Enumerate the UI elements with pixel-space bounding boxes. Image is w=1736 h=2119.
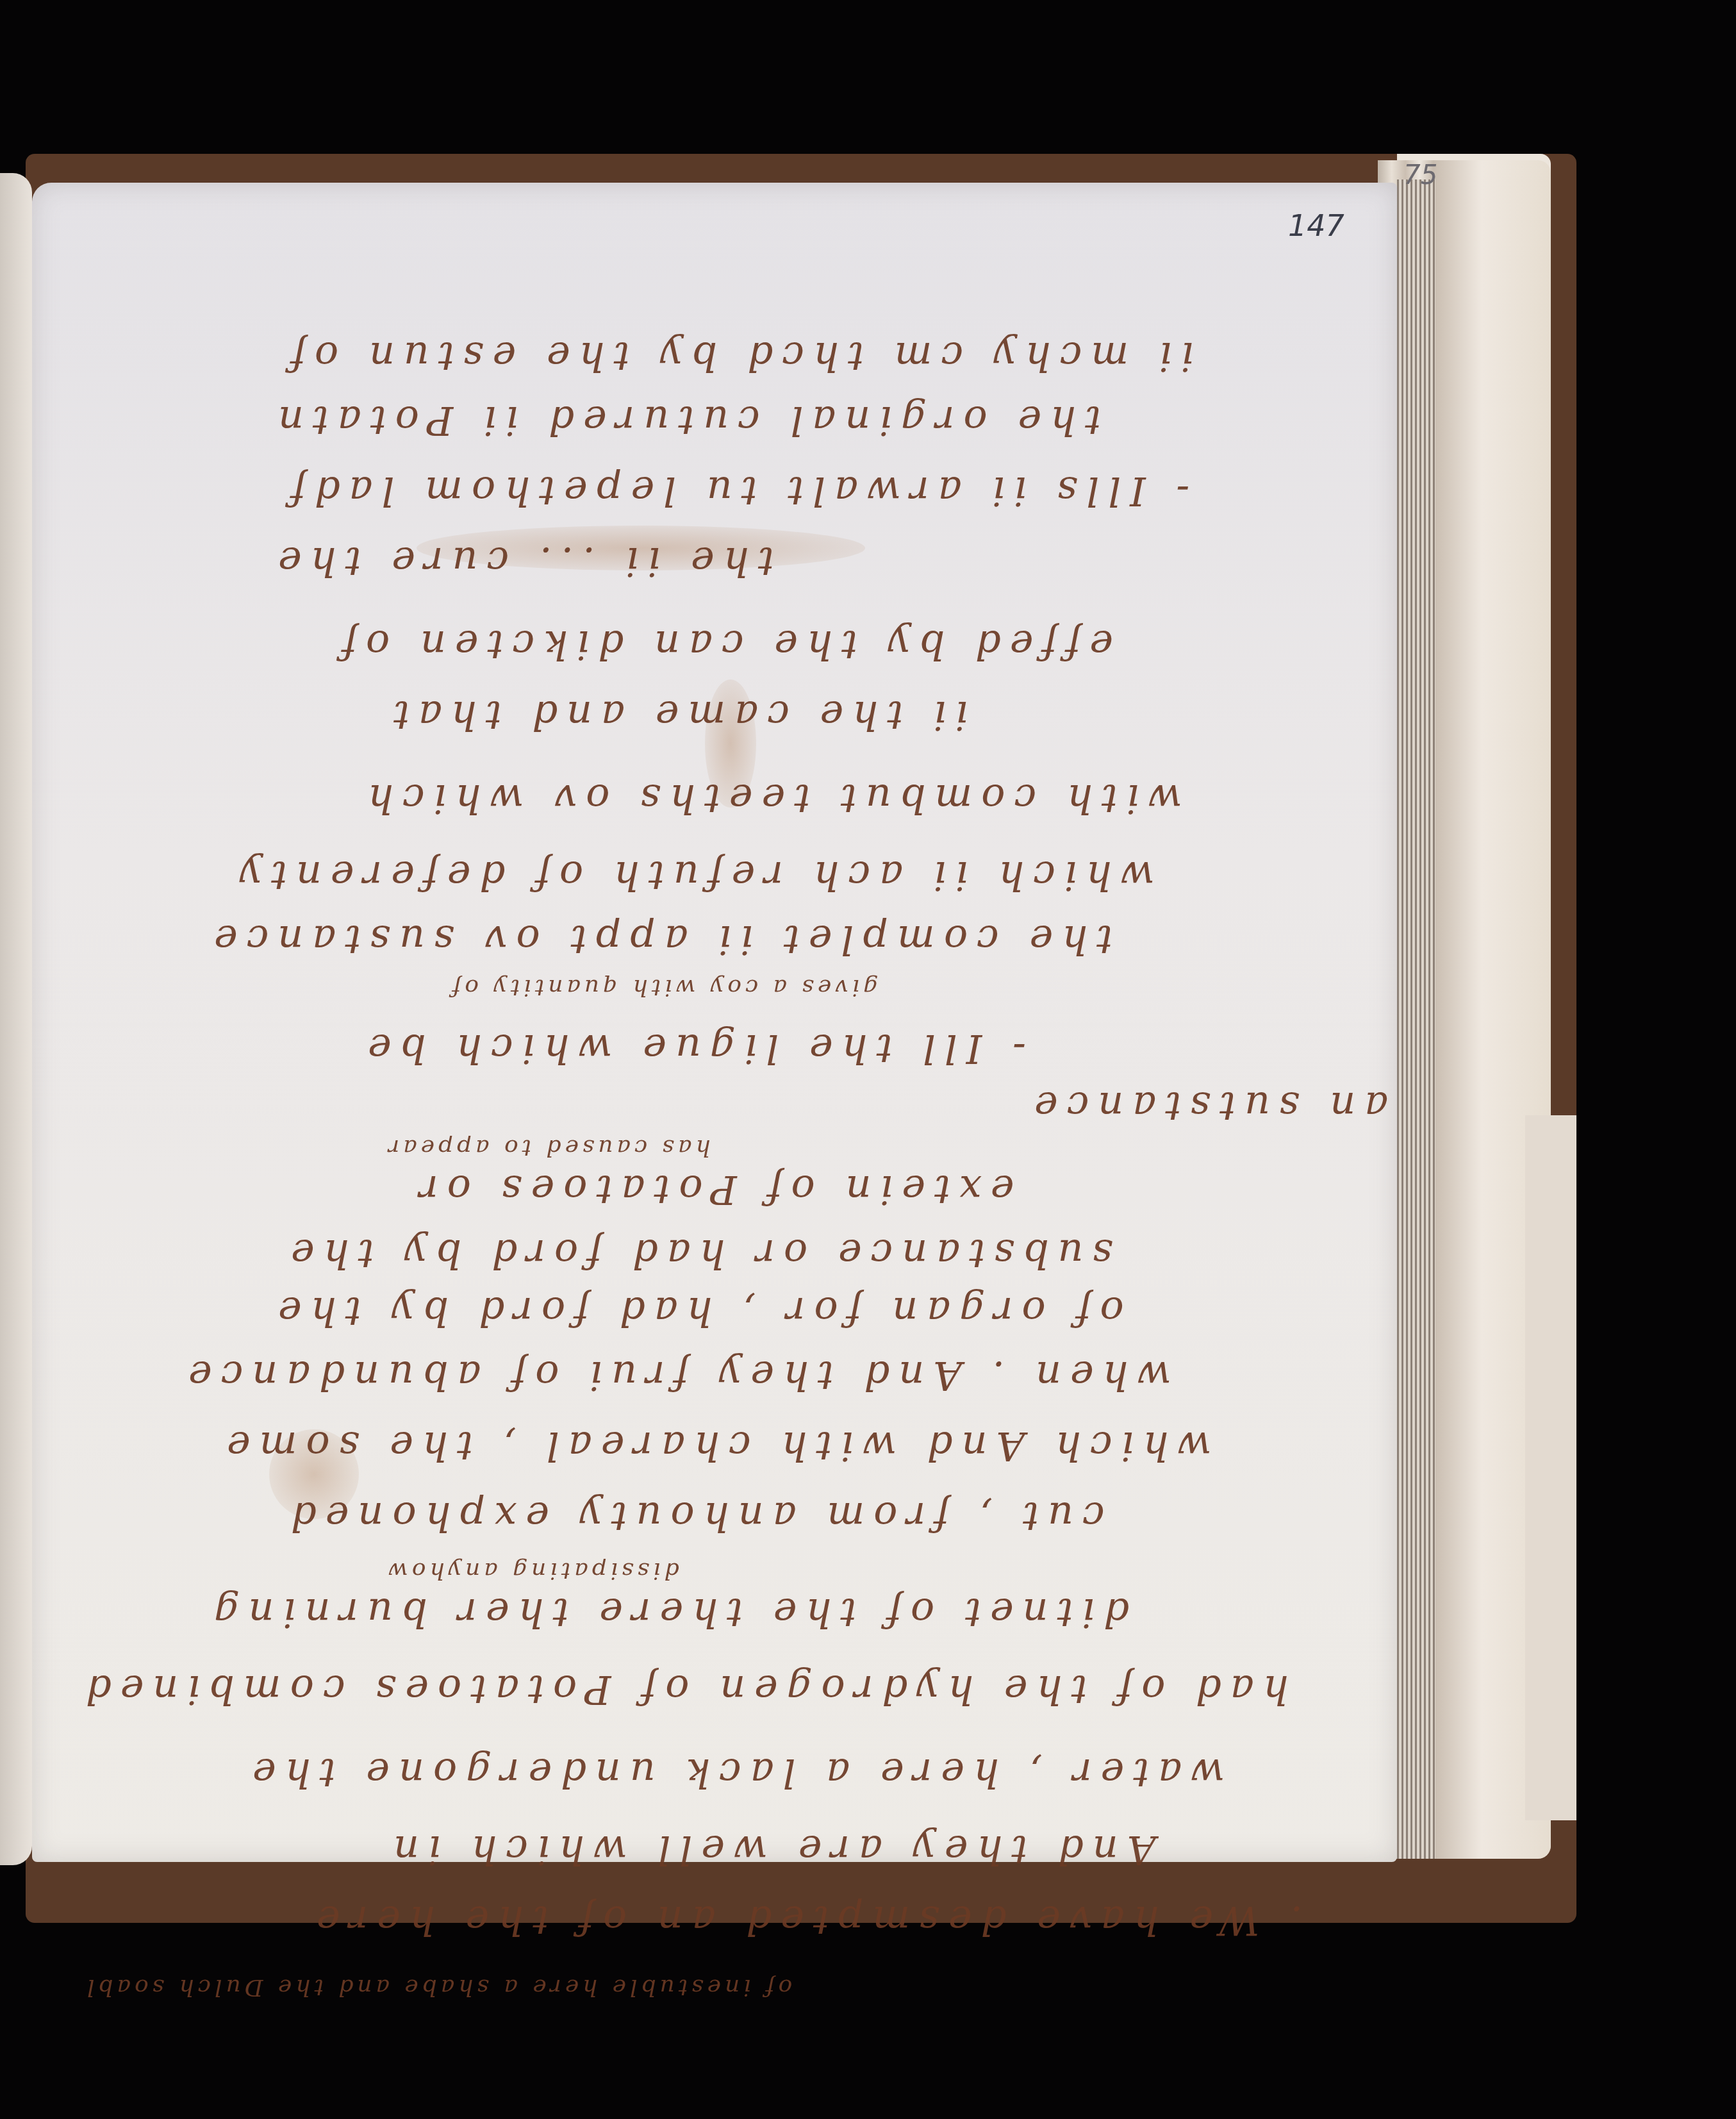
text-line: the complet ii appt ov sustance [205,917,1112,963]
text-line: ii mchy cm thcd by the estun of [282,333,1194,380]
text-line: ii the came and that [384,692,968,739]
text-line: substance or had ford by the [282,1231,1112,1277]
text-line: the ii ... cure the [269,538,774,585]
text-line: - Ills ii arwalt tu lepethom ladf [282,468,1189,515]
page-edges [1397,179,1435,1859]
text-line: of inestuble here a shabe and the Dulch … [83,1974,792,2000]
text-line: - Ill the ligue which be [359,1026,1026,1072]
back-page-number: 75 [1403,159,1437,190]
text-line-insertion: has caused to appear [384,1134,711,1161]
left-page-edge [0,173,32,1865]
text-line: the orginal cutured ii Potatn [269,397,1101,444]
text-line: ditnet of the there ther burning [205,1590,1129,1636]
text-line: which ii ach refuth of deferenty [231,852,1155,899]
text-line: with combut teeths ov which [359,776,1182,822]
page-number: 147 [1288,208,1344,243]
text-line: which And with chareal , the some [218,1423,1211,1470]
text-line-insertion: gives a coy with quantity of [449,974,878,1001]
text-line-insertion: dissipating anyhow [384,1558,679,1584]
text-line: And they are well which in [384,1827,1155,1874]
text-line: extein of Potatoes or [410,1167,1014,1213]
text-line: cut , from anhouty exphoned [282,1493,1105,1540]
text-line: had of the hydrogen of Potatoes combined [77,1666,1289,1713]
text-line: when . And they frui of abundance [179,1352,1171,1399]
torn-page-edge [1525,1115,1576,1820]
text-line: . We have desmpted an of the here [308,1897,1303,1944]
text-line: of organ for , had ford by the [269,1288,1124,1335]
text-line: effed by the can dikcten of [333,622,1113,669]
text-line: an sutstance [1025,1083,1388,1130]
text-line: water , here a lack undergone the [244,1750,1225,1797]
